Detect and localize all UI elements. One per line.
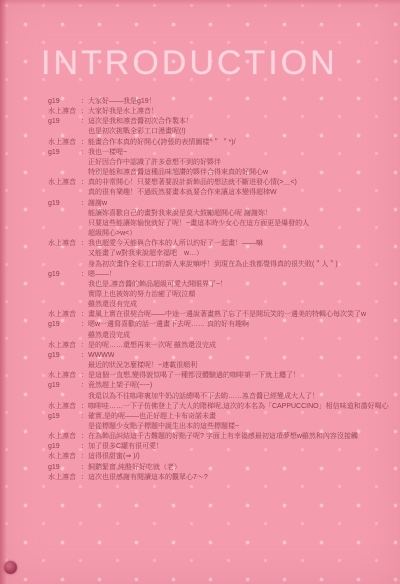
dialogue-line: ：身為初次畫作全彩工口的新人來說嘛呼！到現在為止我都覺得真的很失敗(＂人＂): [48, 260, 392, 270]
speaker-label: 水上凛音: [48, 178, 81, 188]
speaker-label: [48, 280, 81, 290]
dialogue-text: 竟然趕上架子呢(~-~): [88, 381, 152, 391]
speaker-colon: ：: [81, 320, 88, 330]
dialogue-text: 身為初次畫作全彩工口的新人來說嘛呼！到現在為止我都覺得真的很失敗(＂人＂): [88, 260, 338, 270]
speaker-colon: ：: [81, 138, 88, 148]
dialogue-line: ：只要這些能讓妳愉悅就好了呢！~畫這本時少女心在這方面更是爆發的人: [48, 219, 392, 229]
speaker-label: g19: [48, 148, 81, 158]
speaker-label: 水上凛音: [48, 473, 81, 483]
dialogue-line: 水上凛音：是的呢……還想再來一次呢 雖然還沒完成: [48, 341, 392, 351]
dialogue-line: ：雖然還沒有完成: [48, 300, 392, 310]
dialogue-line: ：是從標題少女點子標題中誕生出本的這些標題樣~: [48, 422, 392, 432]
dialogue-line: 水上凛音：真的非常開心！只要想著要設計新飾品的想法就不斷迸發心情(>﹏<): [48, 178, 392, 188]
dialogue-text: 咖啡哇……一下子仿佛登上了大人的階梯呢,這次的本名為「CAPPUCCINO」相信…: [88, 402, 389, 412]
page-number-dot: [4, 561, 17, 574]
speaker-label: [48, 229, 81, 239]
speaker-label: 水上凛音: [48, 310, 81, 320]
dialogue-line: ：我也是,凛音醬的飾品超級可愛大開眼界了~！: [48, 280, 392, 290]
speaker-label: [48, 300, 81, 310]
dialogue-line: ：雖然還沒完成: [48, 331, 392, 341]
speaker-colon: ：: [81, 473, 88, 483]
speaker-colon: ：: [81, 97, 88, 107]
dialogue-line: ：實際上也被妳的努力治癒了呢(泣顏: [48, 290, 392, 300]
dialogue-text: 是這個一直想,變得貌似喝了一種都沒體驗過的咖啡第一下就上癮了！: [88, 371, 300, 381]
dialogue-line: 水上凛音：這次也很感謝有閱讀這本的觀眾心7～?: [48, 473, 392, 483]
dialogue-text: 這次是我和凛音醬初次合作製本！: [88, 117, 193, 127]
dialogue-line: 水上凛音：畫風上實在很契合呢——中途一邊說著畫熟了忘了不是開玩笑的一邊美的特輯心…: [48, 310, 392, 320]
speaker-label: g19: [48, 199, 81, 209]
speaker-colon: ：: [81, 199, 88, 209]
introduction-dialogue: g19：大家好——我是g19！水上凛音：大家好我是水上凛音！g19：這次是我和凛…: [48, 97, 392, 483]
dialogue-line: ：特別是能和凛音醬這種品味超讚的夥伴合得來真的好開心w: [48, 168, 392, 178]
speaker-colon: ：: [81, 442, 88, 452]
speaker-colon: ：: [81, 402, 88, 412]
speaker-label: g19: [48, 117, 81, 127]
speaker-label: [48, 290, 81, 300]
dialogue-line: g19：加了很多C罐有很可愛！: [48, 442, 392, 452]
dialogue-text: 畫風上實在很契合呢——中途一邊說著畫熟了忘了不是開玩笑的一邊美的特輯心每次笑了w: [88, 310, 366, 320]
speaker-label: [48, 127, 81, 137]
dialogue-line: ：最近的狀況怎麼樣呢！~連載很順利: [48, 361, 392, 371]
dialogue-text: 我還以為不往咖啡裏加牛奶的話總喝不下去喲……凛音醬已經變成大人了！: [88, 392, 319, 402]
dialogue-line: 水上凛音：我也超愛今天能與合作本的人所以約好了一起畫！——嘛: [48, 239, 392, 249]
speaker-label: [48, 331, 81, 341]
speaker-label: g19: [48, 463, 81, 473]
dialogue-line: 水上凛音：在為飾品糾結這千古難題的好點子呢? 字面上有幸福感最初這項夢想w雖然和…: [48, 432, 392, 442]
speaker-label: [48, 219, 81, 229]
dialogue-line: g19：謝謝w: [48, 199, 392, 209]
dialogue-text: 這次也很感謝有閱讀這本的觀眾心7～?: [88, 473, 208, 483]
dialogue-text: 加了很多C罐有很可愛！: [88, 442, 163, 452]
dialogue-text: 最近的狀況怎麼樣呢！~連載很順利: [88, 361, 197, 371]
dialogue-text: 能讓妳喜歡自己的畫對我來說是莫大鼓勵超開心呢 謝謝妳！: [88, 209, 272, 219]
dialogue-text: 特別是能和凛音醬這種品味超讚的夥伴合得來真的好開心w: [88, 168, 268, 178]
dialogue-line: ：超級開心>w<）: [48, 229, 392, 239]
speaker-colon: ：: [81, 412, 88, 422]
dialogue-text: 我也一樣喔~: [88, 148, 127, 158]
dialogue-line: ：我還以為不往咖啡裏加牛奶的話總喝不下去喲……凛音醬已經變成大人了！: [48, 392, 392, 402]
dialogue-text: 實際上也被妳的努力治癒了呢(泣顏: [88, 290, 195, 300]
speaker-label: [48, 209, 81, 219]
speaker-label: 水上凛音: [48, 107, 81, 117]
dialogue-line: g19：這次是我和凛音醬初次合作製本！: [48, 117, 392, 127]
dialogue-text: 我也超愛今天能與合作本的人所以約好了一起畫！——嘛: [88, 239, 263, 249]
dialogue-text: 嗯——！: [88, 270, 116, 280]
speaker-label: g19: [48, 320, 81, 330]
speaker-colon: ：: [81, 178, 88, 188]
dialogue-line: ：也是初次挑戰全彩工口漫畫呢(!): [48, 127, 392, 137]
speaker-colon: ：: [81, 341, 88, 351]
dialogue-line: ：又能畫了w對我來說超幸福吧 w…）: [48, 249, 392, 259]
dialogue-line: 水上凛音：是這個一直想,變得貌似喝了一種都沒體驗過的咖啡第一下就上癮了！: [48, 371, 392, 381]
page-title: INTRODUCTION: [41, 44, 338, 83]
speaker-colon: ：: [81, 148, 88, 158]
dialogue-text: 確實,是的呢——也正好趕上卡布奇諾未畫: [88, 412, 216, 422]
speaker-colon: ：: [81, 452, 88, 462]
speaker-colon: ：: [81, 239, 88, 249]
speaker-label: [48, 392, 81, 402]
speaker-colon: ：: [81, 463, 88, 473]
speaker-colon: ：: [81, 351, 88, 361]
dialogue-line: ：真的很有樂趣！不過既然要畫本就要合作來讓這本變得超棒W: [48, 188, 392, 198]
speaker-label: [48, 158, 81, 168]
speaker-label: g19: [48, 442, 81, 452]
dialogue-text: 我也是,凛音醬的飾品超級可愛大開眼界了~！: [88, 280, 227, 290]
dialogue-text: 能畫合作本真的好開心(誇張的表情圖樣^＂ ＂*)/: [88, 138, 236, 148]
dialogue-text: 雖然還沒有完成: [88, 300, 137, 310]
speaker-colon: ：: [81, 381, 88, 391]
speaker-label: g19: [48, 351, 81, 361]
dialogue-line: g19：大家好——我是g19！: [48, 97, 392, 107]
speaker-colon: ：: [81, 371, 88, 381]
dialogue-line: 水上凛音：大家好我是水上凛音！: [48, 107, 392, 117]
page-top-shadow: [0, 0, 400, 5]
dialogue-line: g19：確實,是的呢——也正好趕上卡布奇諾未畫: [48, 412, 392, 422]
dialogue-text: 又能畫了w對我來說超幸福吧 w…）: [88, 249, 203, 259]
dialogue-text: 超級開心>w<）: [88, 229, 136, 239]
speaker-label: [48, 188, 81, 198]
speaker-label: g19: [48, 381, 81, 391]
dialogue-line: 水上凛音：咖啡哇……一下子仿佛登上了大人的階梯呢,這次的本名為「CAPPUCCI…: [48, 402, 392, 412]
dialogue-line: 水上凛音：能畫合作本真的好開心(誇張的表情圖樣^＂ ＂*)/: [48, 138, 392, 148]
speaker-colon: ：: [81, 270, 88, 280]
dialogue-text: 真的非常開心！只要想著要設計新飾品的想法就不斷迸發心情(>﹏<): [88, 178, 297, 188]
dialogue-text: 謝謝w: [88, 199, 107, 209]
dialogue-text: 正好因合作中認識了許多意想不到的好夥伴: [88, 158, 221, 168]
speaker-label: g19: [48, 412, 81, 422]
speaker-label: [48, 260, 81, 270]
speaker-colon: ：: [81, 117, 88, 127]
speaker-label: [48, 168, 81, 178]
dialogue-text: 也是初次挑戰全彩工口漫畫呢(!): [88, 127, 186, 137]
speaker-label: 水上凛音: [48, 138, 81, 148]
dialogue-text: 這得很甜蜜(⇒ )/): [88, 452, 140, 462]
speaker-label: [48, 249, 81, 259]
page-edge-shadow: [0, 0, 7, 584]
dialogue-text: 在為飾品糾結這千古難題的好點子呢? 字面上有幸福感最初這項夢想w雖然和內容沒接觸: [88, 432, 358, 442]
dialogue-line: g19：竟然趕上架子呢(~-~): [48, 381, 392, 391]
speaker-label: [48, 422, 81, 432]
dialogue-text: 是的呢……還想再來一次呢 雖然還沒完成: [88, 341, 216, 351]
dialogue-line: ：正好因合作中認識了許多意想不到的好夥伴: [48, 158, 392, 168]
speaker-colon: ：: [81, 432, 88, 442]
dialogue-text: 只要這些能讓妳愉悅就好了呢！~畫這本時少女心在這方面更是爆發的人: [88, 219, 309, 229]
speaker-label: 水上凛音: [48, 341, 81, 351]
dialogue-text: 嗯w一邊寫喜歡的話一邊畫下去呢…… 真的好有趣啊: [88, 320, 249, 330]
speaker-label: 水上凛音: [48, 239, 81, 249]
dialogue-text: 飼聽緊窗,純酪好好吃就（老）: [88, 463, 181, 473]
speaker-label: 水上凛音: [48, 371, 81, 381]
book-page: INTRODUCTION g19：大家好——我是g19！水上凛音：大家好我是水上…: [0, 0, 400, 584]
speaker-label: 水上凛音: [48, 402, 81, 412]
dialogue-line: g19：我也一樣喔~: [48, 148, 392, 158]
dialogue-text: 大家好我是水上凛音！: [88, 107, 158, 117]
speaker-label: 水上凛音: [48, 452, 81, 462]
dialogue-text: 真的很有樂趣！不過既然要畫本就要合作來讓這本變得超棒W: [88, 188, 277, 198]
dialogue-text: 是從標題少女點子標題中誕生出本的這些標題樣~: [88, 422, 239, 432]
speaker-label: 水上凛音: [48, 432, 81, 442]
dialogue-line: g19：嗯w一邊寫喜歡的話一邊畫下去呢…… 真的好有趣啊: [48, 320, 392, 330]
dialogue-line: g19：嗯——！: [48, 270, 392, 280]
speaker-label: g19: [48, 97, 81, 107]
dialogue-text: WWWW: [88, 351, 114, 361]
speaker-label: [48, 361, 81, 371]
dialogue-line: g19：WWWW: [48, 351, 392, 361]
speaker-label: g19: [48, 270, 81, 280]
dialogue-line: g19：飼聽緊窗,純酪好好吃就（老）: [48, 463, 392, 473]
dialogue-text: 大家好——我是g19！: [88, 97, 156, 107]
dialogue-line: ：能讓妳喜歡自己的畫對我來說是莫大鼓勵超開心呢 謝謝妳！: [48, 209, 392, 219]
dialogue-text: 雖然還沒完成: [88, 331, 130, 341]
dialogue-line: 水上凛音：這得很甜蜜(⇒ )/): [48, 452, 392, 462]
speaker-colon: ：: [81, 310, 88, 320]
speaker-colon: ：: [81, 107, 88, 117]
